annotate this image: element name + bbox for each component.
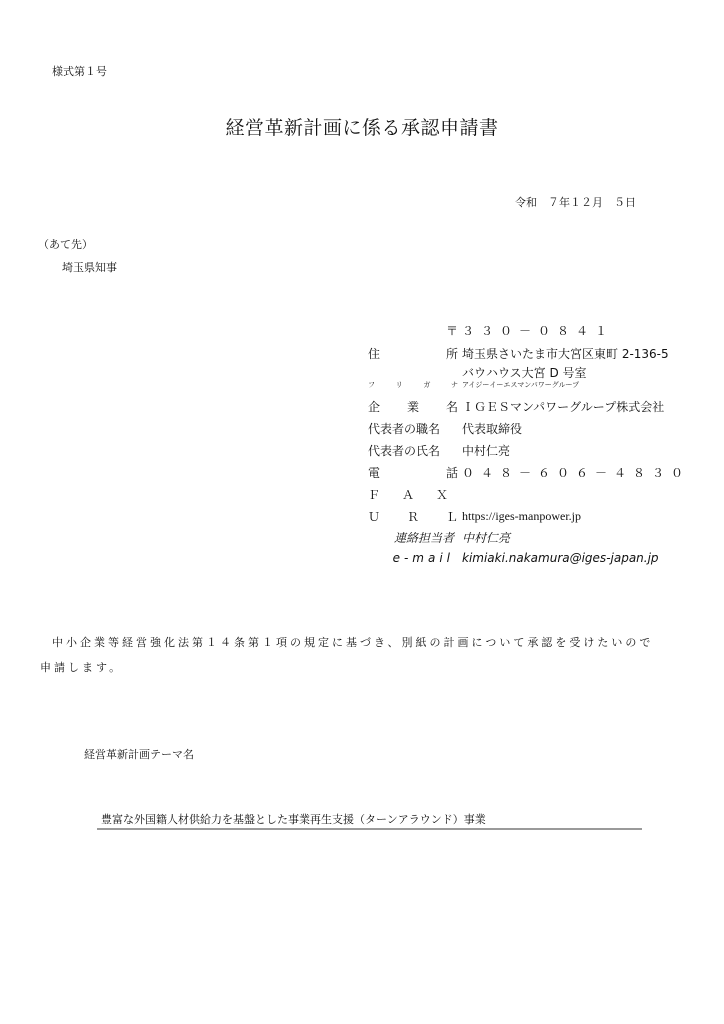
postal-row: 〒 ３３０－０８４１	[368, 320, 614, 340]
contact-label: 連絡担当者	[368, 529, 458, 546]
theme-label: 経営革新計画テーマ名	[84, 746, 194, 762]
url-link[interactable]: https://iges-manpower.jp	[462, 509, 581, 524]
company-label: 企 業 名	[368, 398, 458, 415]
postal-code: ３３０－０８４１	[462, 322, 614, 339]
statement-line2: 申請します。	[40, 659, 123, 675]
theme-underline	[97, 828, 642, 830]
rep-name-label: 代表者の氏名	[368, 442, 458, 459]
contact-name: 中村仁亮	[462, 529, 510, 546]
rep-title-row: 代表者の職名 代表取締役	[368, 418, 522, 438]
email-row: e-mail kimiaki.nakamura@iges-japan.jp	[368, 548, 659, 568]
form-number: 様式第１号	[52, 63, 107, 79]
application-date: 令和 ７年１２月 ５日	[515, 194, 636, 210]
rep-name-row: 代表者の氏名 中村仁亮	[368, 440, 510, 460]
company-row: 企 業 名 ＩＧＥＳマンパワーグループ株式会社	[368, 396, 664, 416]
phone-label: 電 話	[368, 464, 458, 481]
fax-row: Ｆ Ａ Ｘ	[368, 484, 452, 504]
furigana-label: フ リ ガ ナ	[368, 380, 458, 390]
company-name: ＩＧＥＳマンパワーグループ株式会社	[462, 398, 664, 415]
address-line1: 埼玉県さいたま市大宮区東町 2-136-5	[462, 345, 669, 362]
company-furigana: アイジーイーエスマンパワーグループ	[462, 380, 579, 390]
url-label: Ｕ Ｒ Ｌ	[368, 508, 458, 525]
page-title: 経営革新計画に係る承認申請書	[0, 113, 724, 140]
statement-line1: 中小企業等経営強化法第１４条第１項の規定に基づき、別紙の計画について承認を受けた…	[52, 634, 653, 650]
theme-name: 豊富な外国籍人材供給力を基盤とした事業再生支援（ターンアラウンド）事業	[101, 811, 486, 827]
email-label: e-mail	[368, 551, 458, 565]
rep-title-label: 代表者の職名	[368, 420, 458, 437]
addressee: 埼玉県知事	[62, 259, 117, 275]
phone-row: 電 話 ０４８－６０６－４８３０	[368, 462, 690, 482]
address-row: 住 所 埼玉県さいたま市大宮区東町 2-136-5	[368, 343, 669, 363]
addressee-label: （あて先）	[38, 236, 93, 252]
url-row: Ｕ Ｒ Ｌ https://iges-manpower.jp	[368, 506, 581, 526]
email-address[interactable]: kimiaki.nakamura@iges-japan.jp	[462, 551, 659, 565]
fax-label: Ｆ Ａ Ｘ	[368, 486, 448, 503]
rep-name: 中村仁亮	[462, 442, 510, 459]
phone-number: ０４８－６０６－４８３０	[462, 464, 690, 481]
postal-label: 〒	[368, 322, 458, 339]
contact-row: 連絡担当者 中村仁亮	[368, 527, 510, 547]
address-label: 住 所	[368, 345, 458, 362]
furigana-row: フ リ ガ ナ アイジーイーエスマンパワーグループ	[368, 378, 579, 392]
rep-title: 代表取締役	[462, 420, 522, 437]
